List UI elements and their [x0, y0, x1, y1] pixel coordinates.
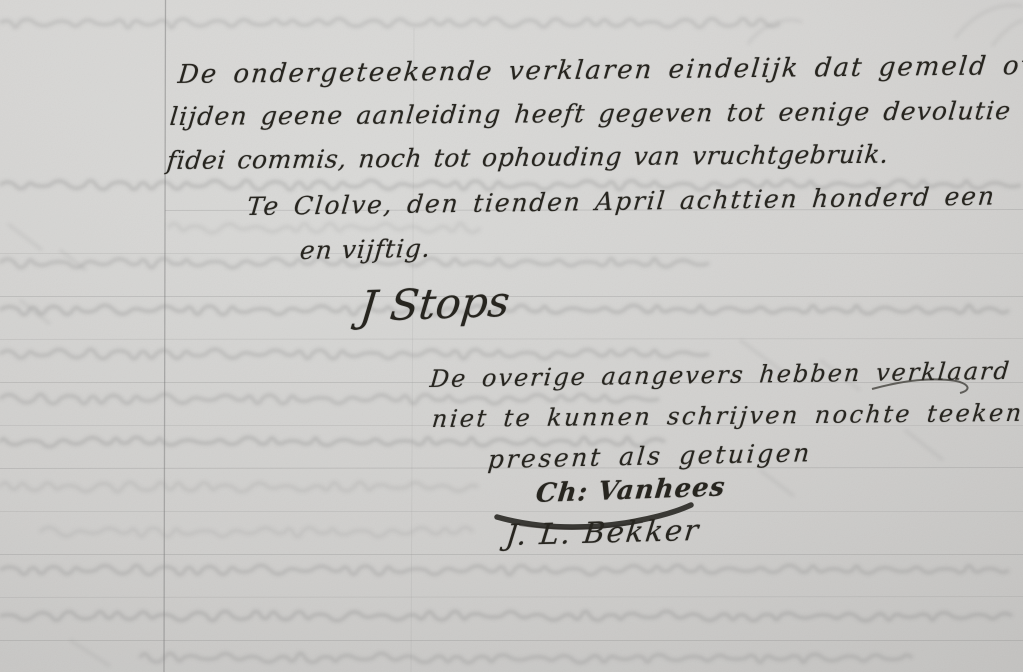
closing-statement-line-3: present als getuigen	[487, 440, 813, 472]
signature-witness-2: J. L. Bekker	[504, 516, 701, 550]
handwritten-line-5-dateline-continued: en vijftig.	[299, 236, 432, 263]
scanned-handwritten-document-page: De ondergeteekende verklaren eindelijk d…	[0, 0, 1023, 672]
handwritten-line-3: fidei commis, noch tot ophouding van vru…	[166, 142, 890, 173]
signature-witness-1: Ch: Vanhees	[535, 474, 727, 507]
handwritten-line-2: lijden geene aanleiding heeft gegeven to…	[169, 98, 1023, 129]
signature-declarant: J Stops	[358, 281, 512, 328]
closing-statement-line-2: niet te kunnen schrijven nochte teekenen	[431, 400, 1023, 431]
